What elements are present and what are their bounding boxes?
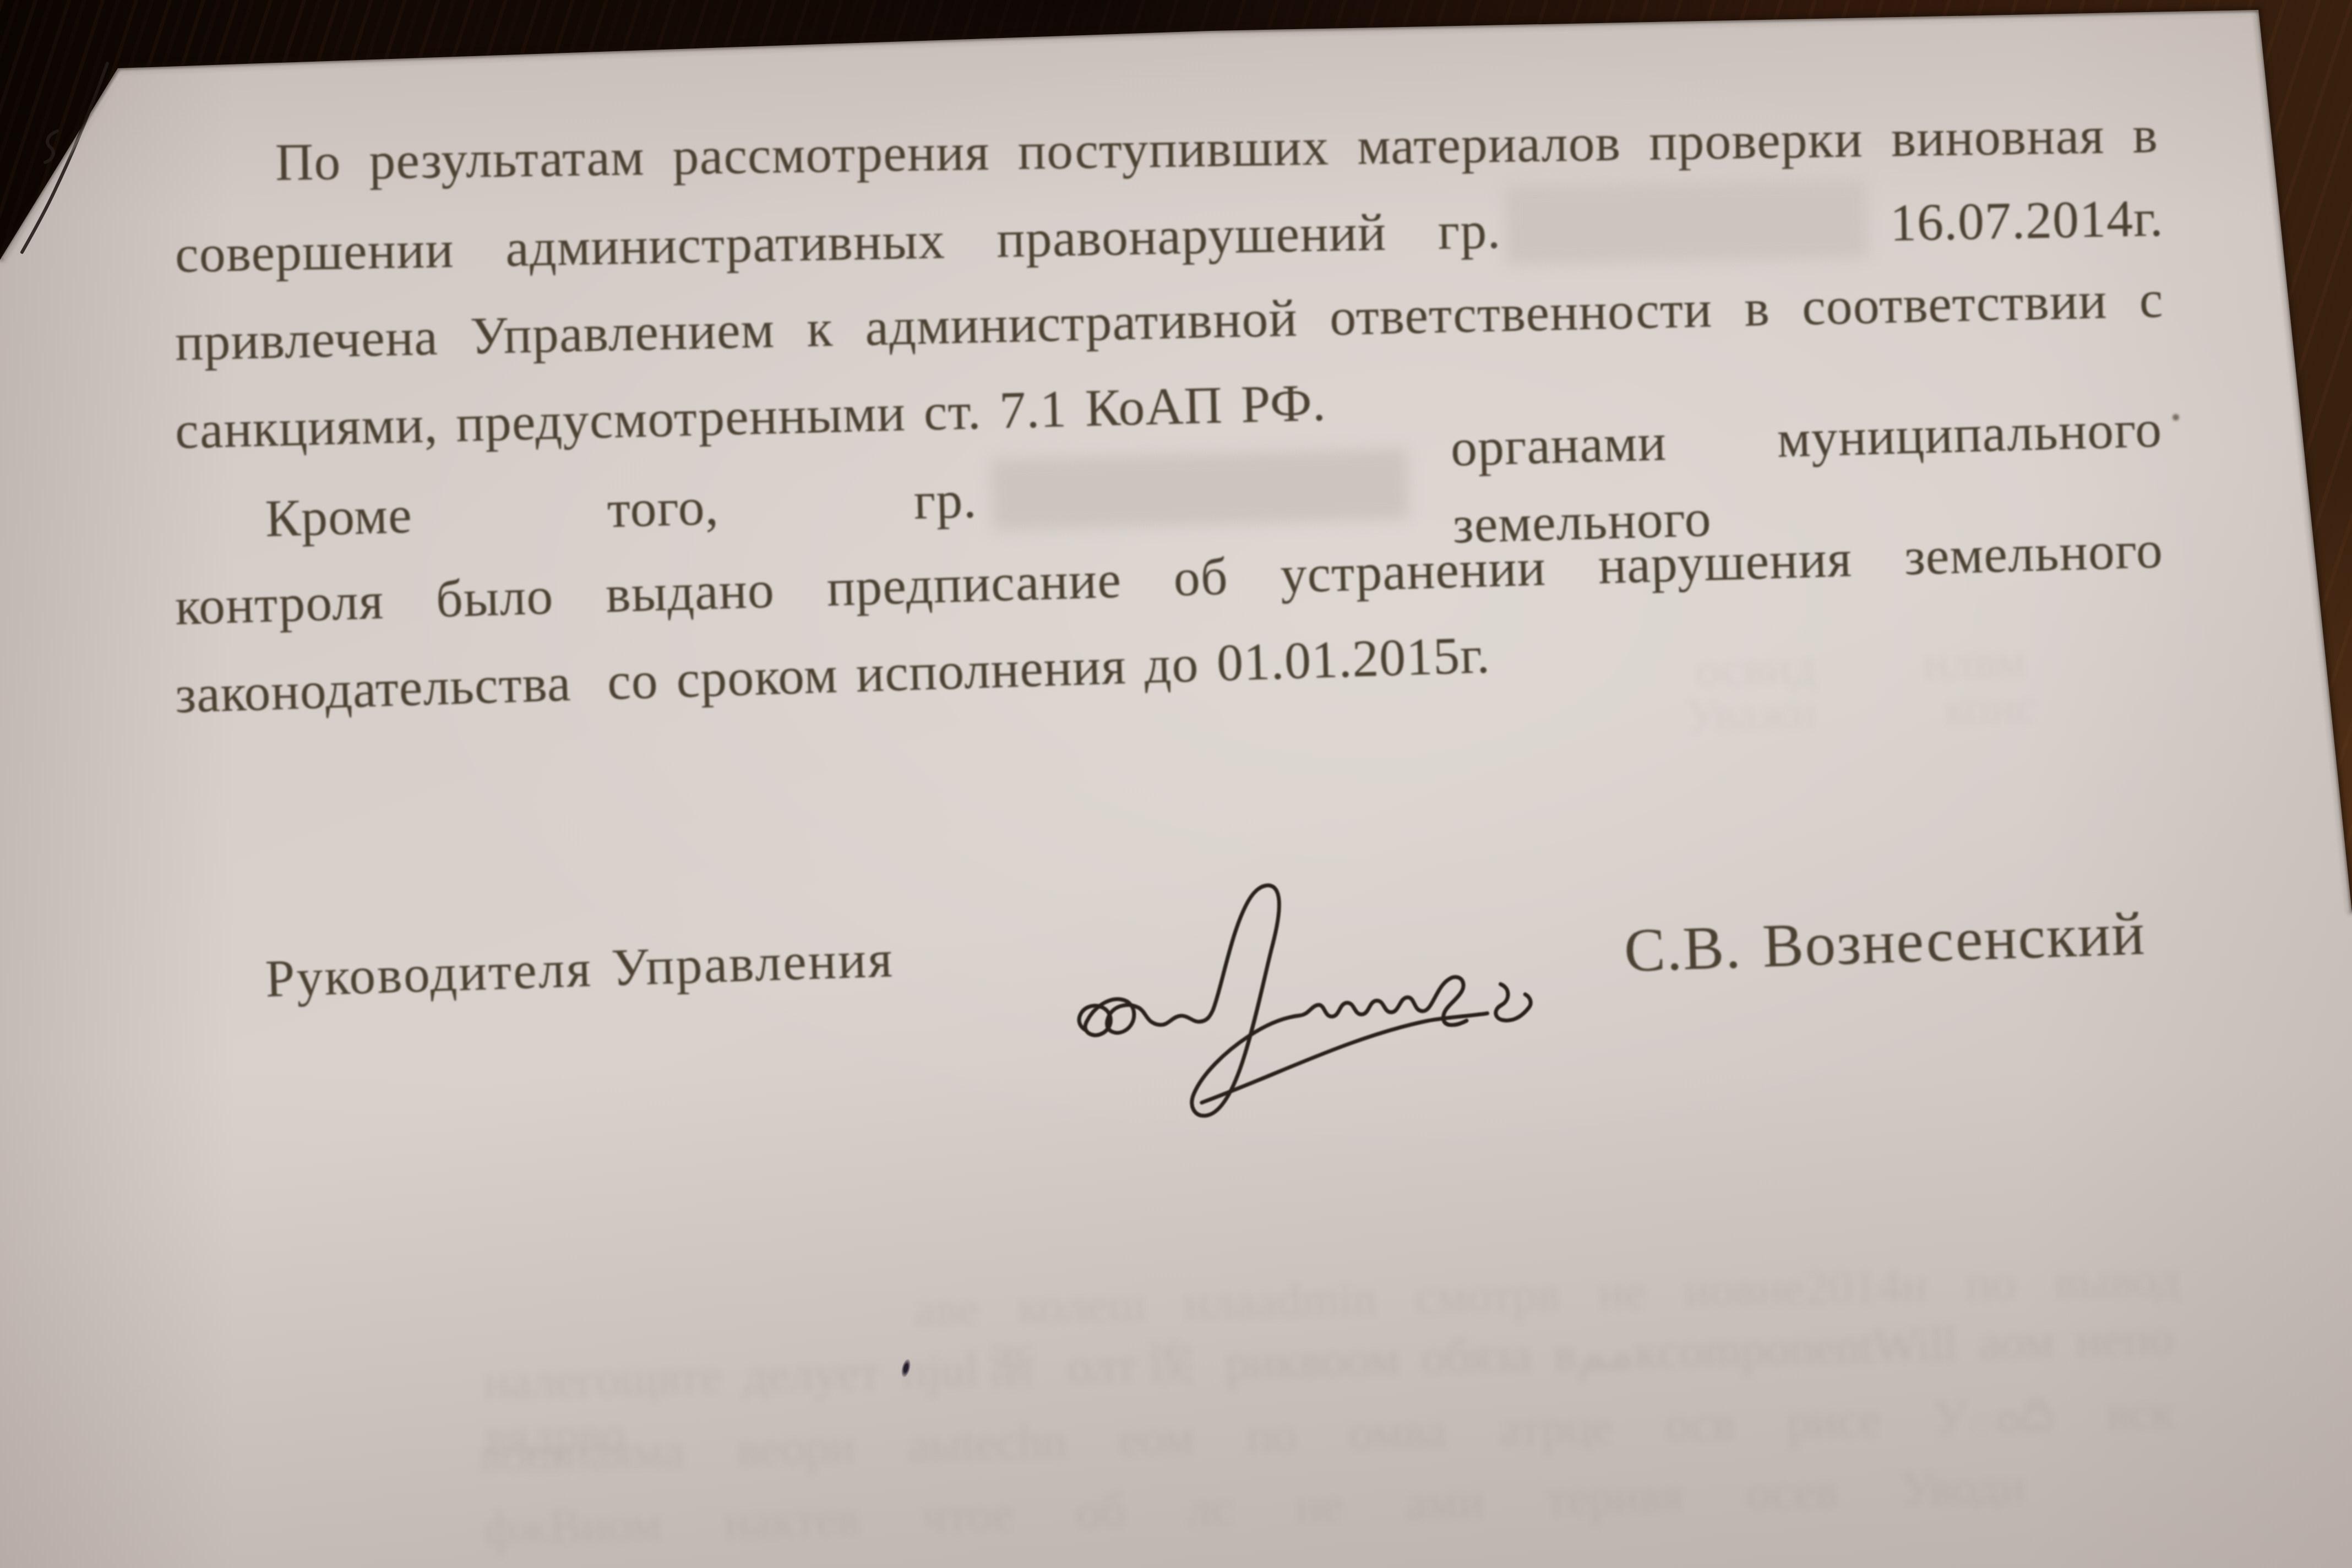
paper-sheet: По результатам рассмотрения поступивших … [0,0,2352,1568]
line-text-before-redaction: совершении административных правонарушен… [175,192,1502,293]
signatory-name: С.В. Вознесенский [1623,888,2286,992]
redaction-blur-name-2 [991,449,1408,530]
pen-scribble-mark [0,33,165,281]
violation-date: 16.07.2014г. [1890,179,2164,262]
photo-of-document: По результатам рассмотрения поступивших … [0,0,2352,1568]
redaction-blur-name-1 [1506,179,1868,264]
signature-ink [1036,846,1607,1141]
ghost-showthrough-line: Уважн коис [1684,679,2038,744]
ink-dot [2173,414,2179,421]
signature-title: Руководителя Управления [264,914,1092,1017]
line-text-before-redaction: Кроме того, гр. [264,461,978,557]
